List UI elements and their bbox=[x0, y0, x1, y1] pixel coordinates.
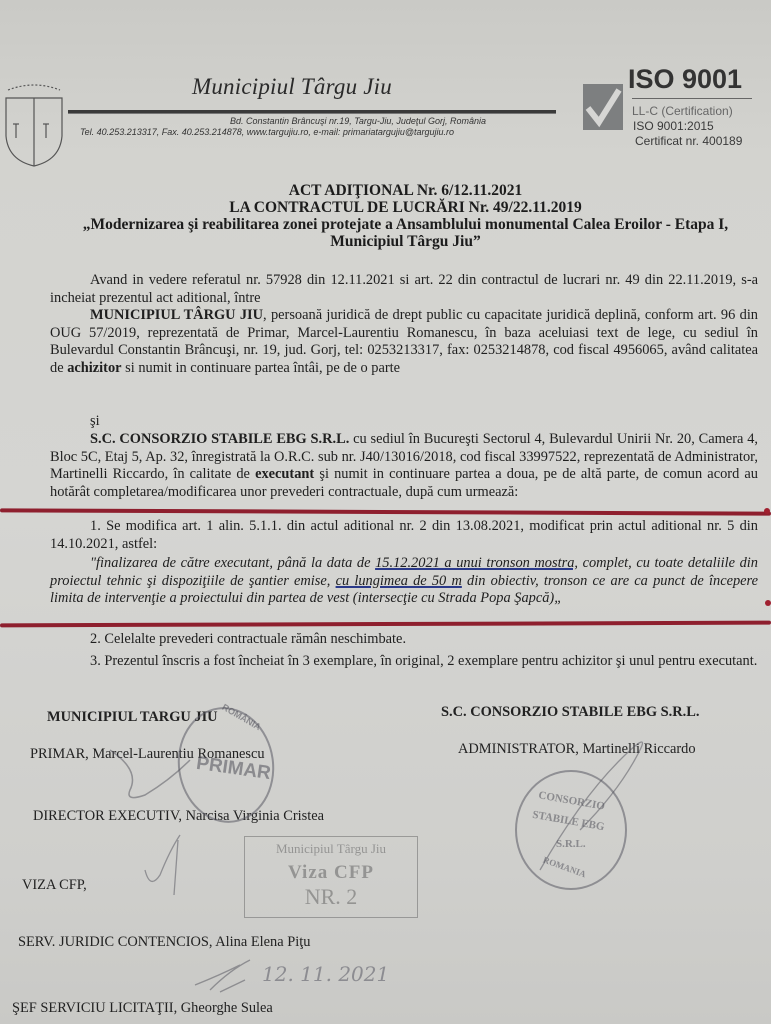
signature-director: DIRECTOR EXECUTIV, Narcisa Virginia Cris… bbox=[33, 808, 324, 825]
project-name-line2: Municipiul Târgu Jiu” bbox=[40, 233, 771, 250]
party1-tail: si numit in continuare partea întâi, pe … bbox=[122, 360, 401, 376]
iso-standard: ISO 9001:2015 bbox=[633, 119, 714, 133]
project-name-line1: „Modernizarea şi reabilitarea zonei prot… bbox=[40, 216, 771, 233]
party2-role: executant bbox=[255, 466, 314, 482]
cfp-signature-icon bbox=[140, 830, 200, 900]
signature-tenders: ŞEF SERVICIU LICITAŢII, Gheorghe Sulea bbox=[12, 1000, 273, 1017]
coat-of-arms-icon bbox=[2, 76, 66, 168]
clause-3: 3. Prezentul înscris a fost încheiat în … bbox=[50, 653, 758, 671]
party1-paragraph: MUNICIPIUL TÂRGU JIU, persoană juridică … bbox=[50, 307, 758, 377]
contract-reference: LA CONTRACTUL DE LUCRĂRI Nr. 49/22.11.20… bbox=[40, 199, 771, 216]
signature-cfp: VIZA CFP, bbox=[22, 877, 87, 894]
highlight-line-top bbox=[0, 508, 771, 515]
handwritten-date: 12. 11. 2021 bbox=[262, 962, 389, 986]
cfp-stamp: Municipiul Târgu Jiu Viza CFP NR. 2 bbox=[244, 836, 418, 918]
party1-name: MUNICIPIUL TÂRGU JIU bbox=[90, 307, 263, 323]
signature-legal: SERV. JURIDIC CONTENCIOS, Alina Elena Pi… bbox=[18, 934, 310, 951]
municipality-title: Municipiul Târgu Jiu bbox=[192, 74, 392, 100]
party1-role: achizitor bbox=[67, 360, 121, 376]
cfp-stamp-line3: NR. 2 bbox=[245, 885, 417, 909]
cfp-stamp-line1: Municipiul Târgu Jiu bbox=[245, 837, 417, 861]
iso-certifier: LL-C (Certification) bbox=[632, 104, 733, 118]
signature-right-party: S.C. CONSORZIO STABILE EBG S.R.L. bbox=[441, 704, 699, 721]
mayor-signature-icon bbox=[100, 740, 220, 810]
iso-certificate-number: Certificat nr. 400189 bbox=[635, 134, 742, 148]
intro-paragraph: Avand in vedere referatul nr. 57928 din … bbox=[50, 272, 758, 307]
iso-divider bbox=[632, 98, 752, 99]
iso-title: ISO 9001 bbox=[628, 64, 742, 95]
underlined-deadline: 15.12.2021 a unui tronson mostra, bbox=[375, 555, 578, 571]
clause-2: 2. Celelalte prevederi contractuale rămâ… bbox=[50, 631, 758, 649]
highlight-marker bbox=[765, 600, 771, 606]
administrator-signature-icon bbox=[520, 720, 680, 880]
party2-paragraph: S.C. CONSORZIO STABILE EBG S.R.L. cu sed… bbox=[50, 431, 758, 501]
party2-name: S.C. CONSORZIO STABILE EBG S.R.L. bbox=[90, 431, 349, 447]
header-contact: Tel. 40.253.213317, Fax. 40.253.214878, … bbox=[80, 127, 454, 137]
highlight-marker bbox=[764, 508, 770, 514]
iso-checkmark-icon bbox=[583, 84, 623, 130]
clause-1: 1. Se modifica art. 1 alin. 5.1.1. din a… bbox=[50, 518, 758, 553]
underlined-length: cu lungimea de 50 m bbox=[336, 573, 462, 589]
clause-1-quote: "finalizarea de către executant, până la… bbox=[50, 555, 758, 608]
cfp-stamp-line2: Viza CFP bbox=[245, 861, 417, 885]
header-address: Bd. Constantin Brâncuşi nr.19, Targu-Jiu… bbox=[230, 116, 486, 126]
document-page: Municipiul Târgu Jiu Bd. Constantin Brân… bbox=[0, 0, 771, 1024]
conjunction: şi bbox=[50, 413, 758, 431]
header-divider bbox=[68, 110, 556, 114]
quote-text: "finalizarea de către executant, până la… bbox=[90, 555, 375, 571]
legal-signature-icon bbox=[190, 950, 270, 1000]
highlight-line-bottom bbox=[0, 621, 771, 628]
document-title: ACT ADIŢIONAL Nr. 6/12.11.2021 bbox=[40, 182, 771, 199]
